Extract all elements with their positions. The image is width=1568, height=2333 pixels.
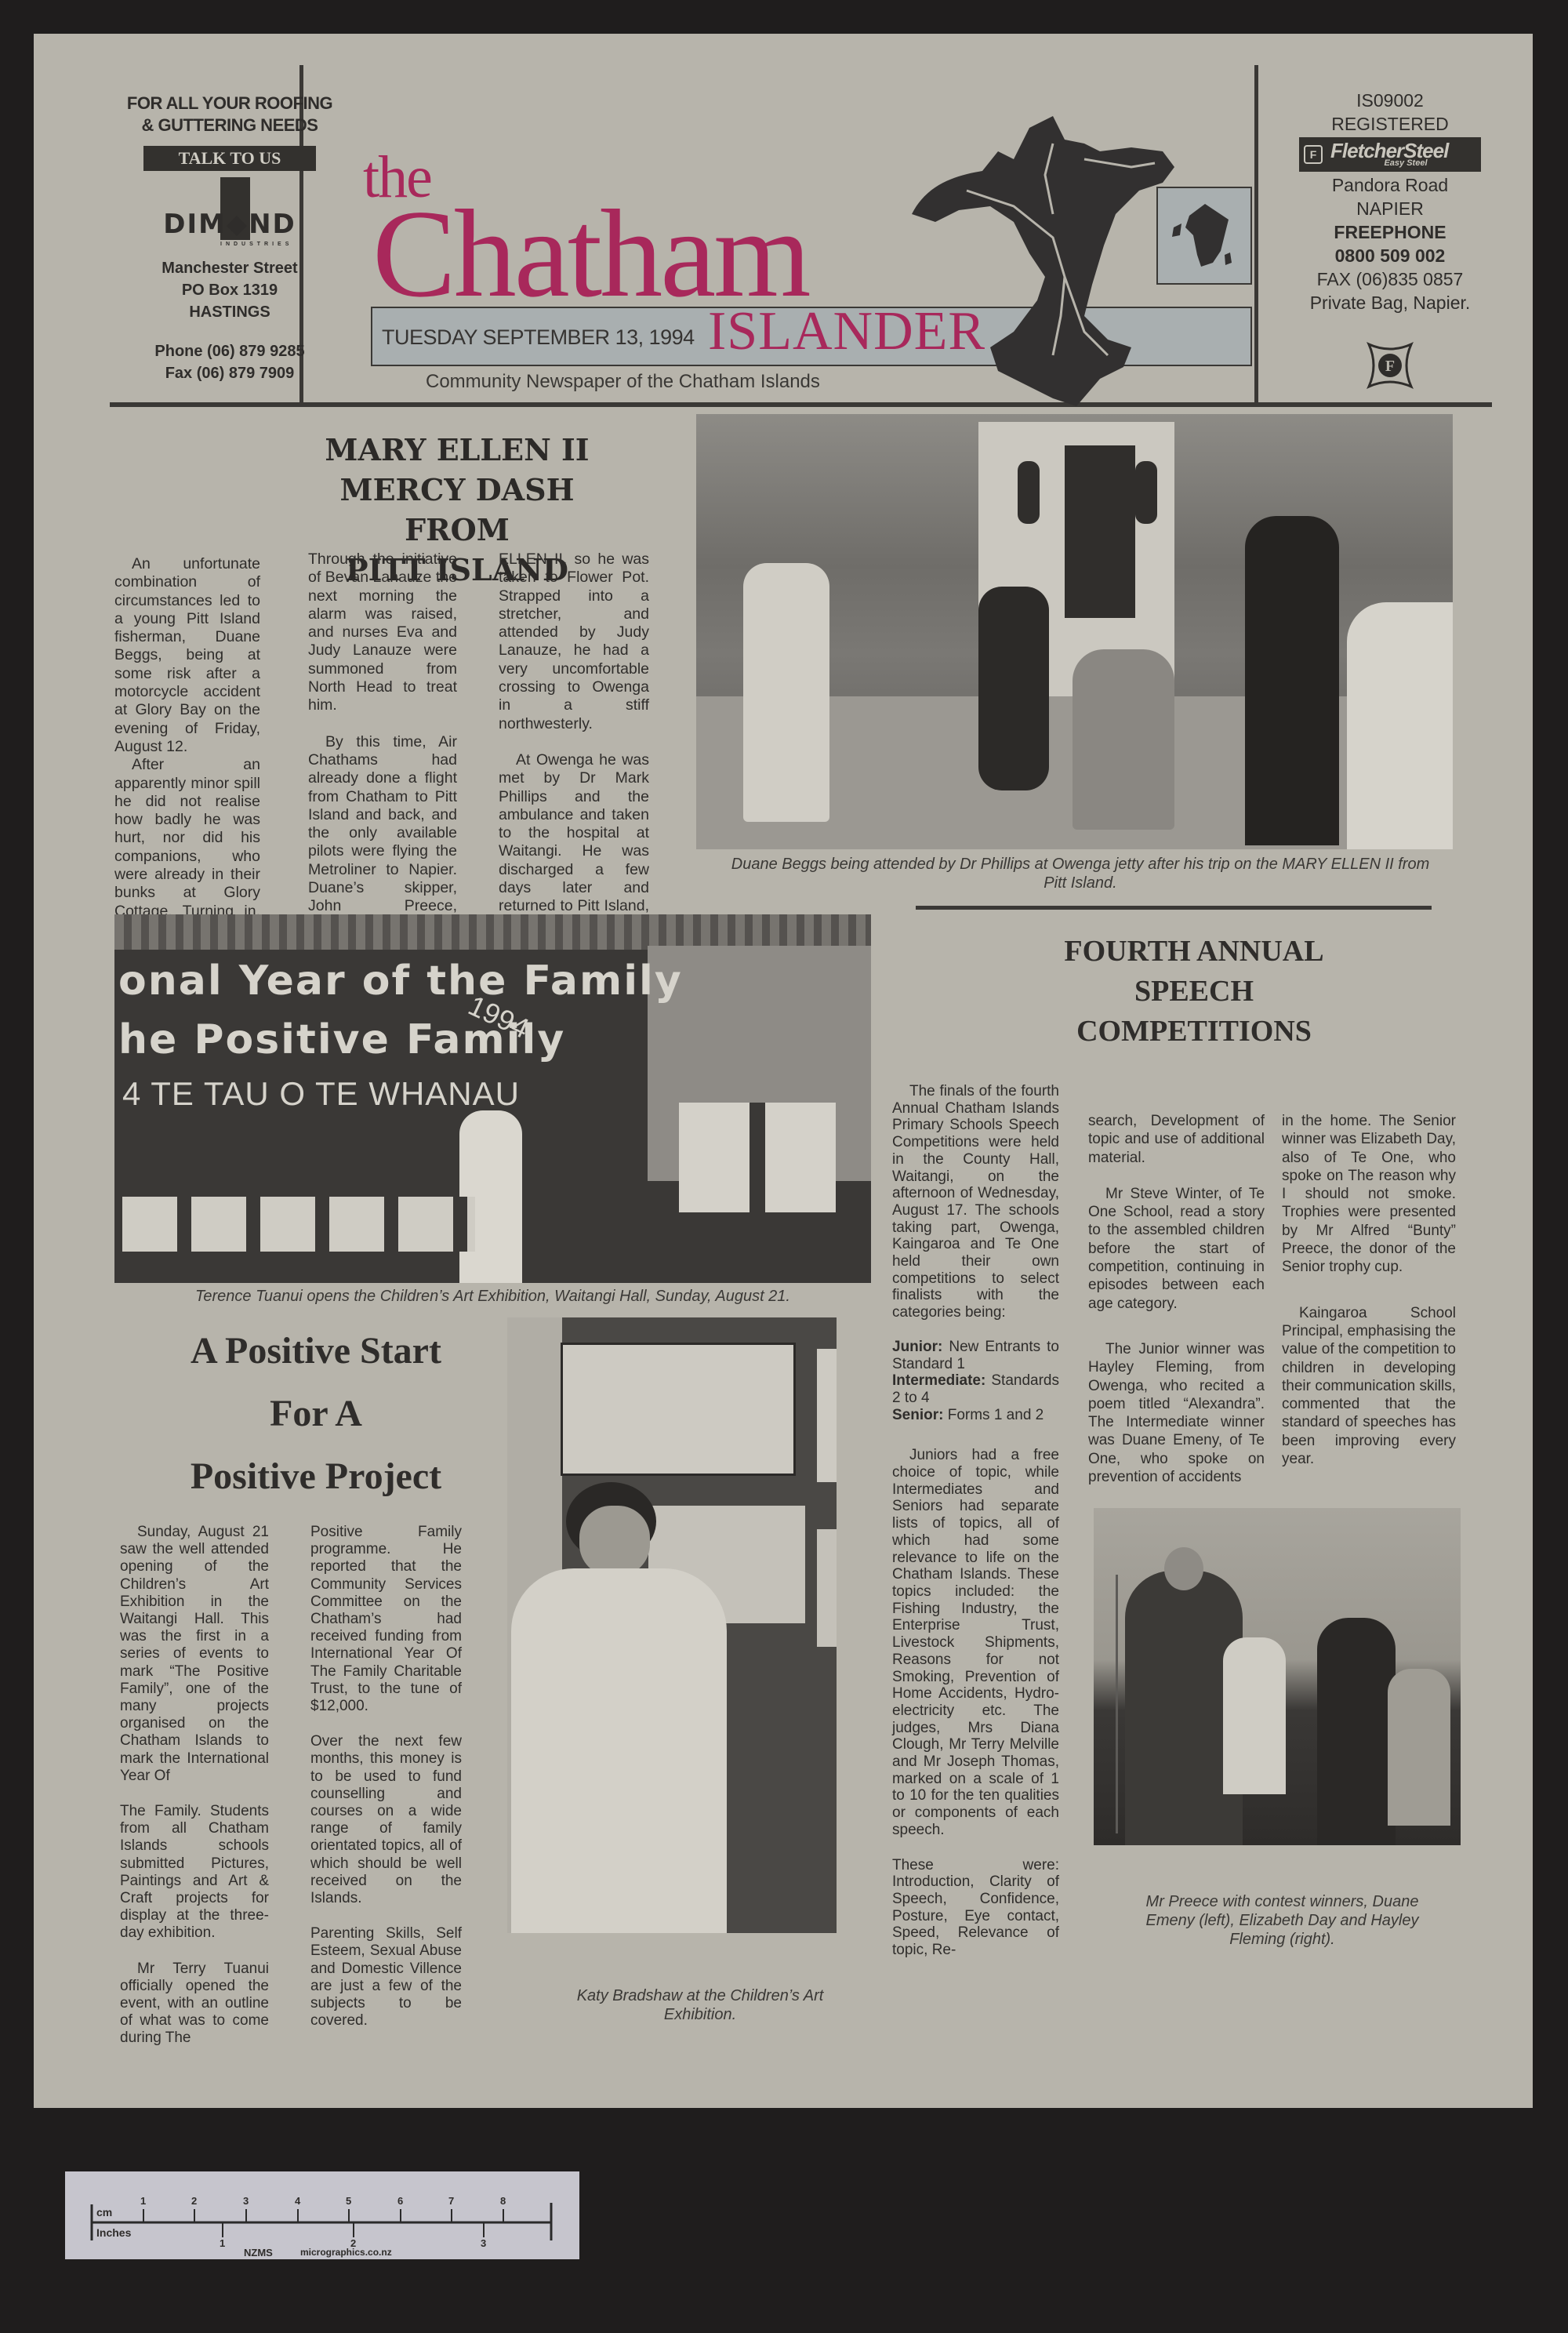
masthead-subtitle: Community Newspaper of the Chatham Islan…	[426, 371, 820, 393]
caption-katy-bradshaw: Katy Bradshaw at the Children’s Art Exhi…	[567, 1986, 833, 2024]
headline-line: MARY ELLEN II	[300, 430, 614, 470]
sweater-shape	[511, 1568, 727, 1933]
positive-column-1: Sunday, August 21 saw the well attended …	[120, 1524, 269, 2048]
masthead-bottom-rule	[110, 402, 1492, 407]
speech-column-2: search, Development of topic and use of …	[1088, 1112, 1265, 1486]
fletcher-emblem-icon: F	[1363, 338, 1417, 393]
ambulance-door-shape	[1065, 445, 1135, 618]
cm-tick-label: 8	[500, 2195, 506, 2207]
mercy-column-3: ELLEN II, so he was taken to Flower Pot.…	[499, 551, 649, 952]
caption-art-exhibition: Terence Tuanui opens the Children’s Art …	[114, 1287, 871, 1306]
cm-tick-label: 2	[191, 2195, 197, 2207]
paragraph: Mr Steve Winter, of Te One School, read …	[1088, 1185, 1265, 1313]
headline-speech-competitions: FOURTH ANNUAL SPEECH COMPETITIONS	[967, 932, 1421, 1052]
headline-line: A Positive Start	[136, 1320, 496, 1383]
iso-registered: REGISTERED	[1288, 112, 1492, 136]
inch-tick-label: 1	[220, 2237, 225, 2249]
category-junior: Junior: New Entrants to Standard 1	[892, 1339, 1059, 1372]
banner-text-3: 4 TE TAU O TE WHANAU	[122, 1075, 520, 1113]
photo-art-exhibition: onal Year of the Family he Positive Fami…	[114, 914, 871, 1283]
fletcher-sub: Easy Steel	[1299, 158, 1481, 168]
figure-shape	[978, 587, 1049, 790]
mercy-column-2: Through the initiative of Bevan Lanauze …	[308, 551, 457, 971]
paragraph: The Family. Students from all Chatham Is…	[120, 1803, 269, 1942]
paragraph: The finals of the fourth Annual Chatham …	[892, 1083, 1059, 1321]
paragraph: Sunday, August 21 saw the well attended …	[120, 1524, 269, 1785]
curtain-shape	[114, 914, 871, 950]
ad-address: Pandora Road	[1288, 173, 1492, 197]
headline-line: COMPETITIONS	[967, 1012, 1421, 1052]
ad-fax: Fax (06) 879 7909	[112, 362, 347, 384]
ad-city: NAPIER	[1288, 197, 1492, 220]
ad-address-line: HASTINGS	[112, 301, 347, 323]
dimond-subtitle: INDUSTRIES	[220, 242, 292, 247]
paragraph: Mr Terry Tuanui officially opened the ev…	[120, 1961, 269, 2048]
cm-tick-label: 1	[140, 2195, 146, 2207]
face-shape	[579, 1506, 650, 1576]
chatham-island-map-icon	[896, 96, 1194, 410]
freephone-label: FREEPHONE	[1288, 220, 1492, 244]
paragraph: An unfortunate combination of circumstan…	[114, 555, 260, 756]
talk-to-us-banner: TALK TO US	[143, 146, 316, 171]
window-shape	[1018, 461, 1040, 524]
cm-tick-label: 3	[243, 2195, 249, 2207]
figure-shape	[1073, 649, 1174, 830]
paragraph: Juniors had a free choice of topic, whil…	[892, 1447, 1059, 1838]
category-value: Forms 1 and 2	[948, 1407, 1044, 1423]
ad-phone: Phone (06) 879 9285	[112, 340, 347, 362]
svg-text:F: F	[1385, 358, 1395, 375]
nzms-brand: NZMS	[244, 2247, 273, 2259]
microphone-stand-shape	[1116, 1575, 1118, 1833]
photo-owenga-jetty	[696, 414, 1453, 849]
figure-shape	[1317, 1618, 1396, 1845]
paragraph: Kaingaroa School Principal, emphasising …	[1282, 1304, 1456, 1469]
ad-address-line: PO Box 1319	[112, 279, 347, 301]
category-senior: Senior: Forms 1 and 2	[892, 1407, 1059, 1424]
section-rule	[916, 906, 1432, 910]
artworks-row-shape	[122, 1197, 475, 1252]
artwork-shape	[817, 1349, 837, 1482]
issue-date: TUESDAY SEPTEMBER 13, 1994	[382, 325, 695, 350]
figure-shape	[1347, 602, 1453, 849]
category-label: Senior:	[892, 1407, 943, 1423]
artworks-board-shape	[679, 1103, 836, 1212]
figure-shape	[1388, 1669, 1450, 1826]
pitt-island-inset-map	[1156, 187, 1252, 285]
dimond-logo: DIM◆ND INDUSTRIES	[151, 177, 308, 248]
headline-line: MERCY DASH FROM	[300, 470, 614, 550]
category-intermediate: Intermediate: Standards 2 to 4	[892, 1372, 1059, 1406]
artwork-shape	[561, 1343, 796, 1476]
speech-column-1: The finals of the fourth Annual Chatham …	[892, 1083, 1059, 1959]
ad-fax: FAX (06)835 0857	[1288, 267, 1492, 291]
headline-line: For A	[136, 1383, 496, 1445]
pitt-island-icon	[1158, 188, 1250, 283]
cm-tick-label: 5	[346, 2195, 351, 2207]
category-label: Intermediate:	[892, 1372, 985, 1389]
nzms-site: micrographics.co.nz	[300, 2247, 392, 2258]
iso-cert: IS09002	[1288, 89, 1492, 112]
cm-tick-label: 6	[397, 2195, 403, 2207]
paragraph: in the home. The Senior winner was Eliza…	[1282, 1112, 1456, 1277]
cm-tick-label: 7	[448, 2195, 454, 2207]
caption-contest-winners: Mr Preece with contest winners, Duane Em…	[1120, 1892, 1445, 1949]
photo-katy-bradshaw	[507, 1317, 837, 1933]
inch-tick-label: 3	[481, 2237, 486, 2249]
headline-line: Positive Project	[136, 1445, 496, 1508]
ad-dimond-industries: FOR ALL YOUR ROOFING & GUTTERING NEEDS T…	[112, 93, 347, 384]
artwork-shape	[817, 1529, 837, 1647]
paragraph: Over the next few months, this money is …	[310, 1733, 462, 1907]
masthead-divider-right	[1254, 65, 1258, 404]
ad-tagline-1: FOR ALL YOUR ROOFING	[112, 93, 347, 114]
ad-fletcher-steel: IS09002 REGISTERED F FletcherSteel Easy …	[1288, 89, 1492, 397]
ruler-cm-label: cm	[96, 2206, 112, 2219]
figure-shape	[743, 563, 829, 822]
freephone-number: 0800 509 002	[1288, 244, 1492, 267]
headline-line: SPEECH	[967, 972, 1421, 1012]
photo-contest-winners	[1094, 1508, 1461, 1845]
paragraph: These were: Introduction, Clarity of Spe…	[892, 1857, 1059, 1959]
paragraph: Positive Family programme. He reported t…	[310, 1524, 462, 1715]
ad-postal: Private Bag, Napier.	[1288, 291, 1492, 314]
newspaper-page: FOR ALL YOUR ROOFING & GUTTERING NEEDS T…	[34, 34, 1533, 2108]
title-chatham: Chatham	[372, 191, 809, 316]
paragraph: ELLEN II, so he was taken to Flower Pot.…	[499, 551, 649, 733]
cm-tick-label: 4	[295, 2195, 300, 2207]
paragraph: Parenting Skills, Self Esteem, Sexual Ab…	[310, 1925, 462, 2030]
paragraph: search, Development of topic and use of …	[1088, 1112, 1265, 1167]
speech-column-3: in the home. The Senior winner was Eliza…	[1282, 1112, 1456, 1468]
ad-address-line: Manchester Street	[112, 257, 347, 279]
face-shape	[1164, 1547, 1203, 1590]
paragraph: Through the initiative of Bevan Lanauze …	[308, 551, 457, 715]
fletcher-steel-logo: F FletcherSteel Easy Steel	[1299, 137, 1481, 172]
figure-shape	[1223, 1637, 1286, 1794]
paragraph: The Junior winner was Hayley Fleming, fr…	[1088, 1340, 1265, 1486]
ruler-inches-label: Inches	[96, 2226, 131, 2239]
positive-column-2: Positive Family programme. He reported t…	[310, 1524, 462, 2030]
figure-shape	[1245, 516, 1339, 845]
scale-ruler: cm Inches 1 2 3 4 5 6 7 8 1 2 3 NZMS mic…	[65, 2171, 579, 2259]
window-shape	[1135, 461, 1157, 524]
headline-positive-start: A Positive Start For A Positive Project	[136, 1320, 496, 1508]
banner-text-1: onal Year of the Family	[118, 958, 683, 1005]
headline-line: FOURTH ANNUAL	[967, 932, 1421, 972]
ad-tagline-2: & GUTTERING NEEDS	[112, 114, 347, 136]
caption-owenga-jetty: Duane Beggs being attended by Dr Phillip…	[720, 855, 1441, 892]
dimond-wordmark: DIM◆ND	[151, 209, 308, 240]
category-label: Junior:	[892, 1339, 942, 1355]
